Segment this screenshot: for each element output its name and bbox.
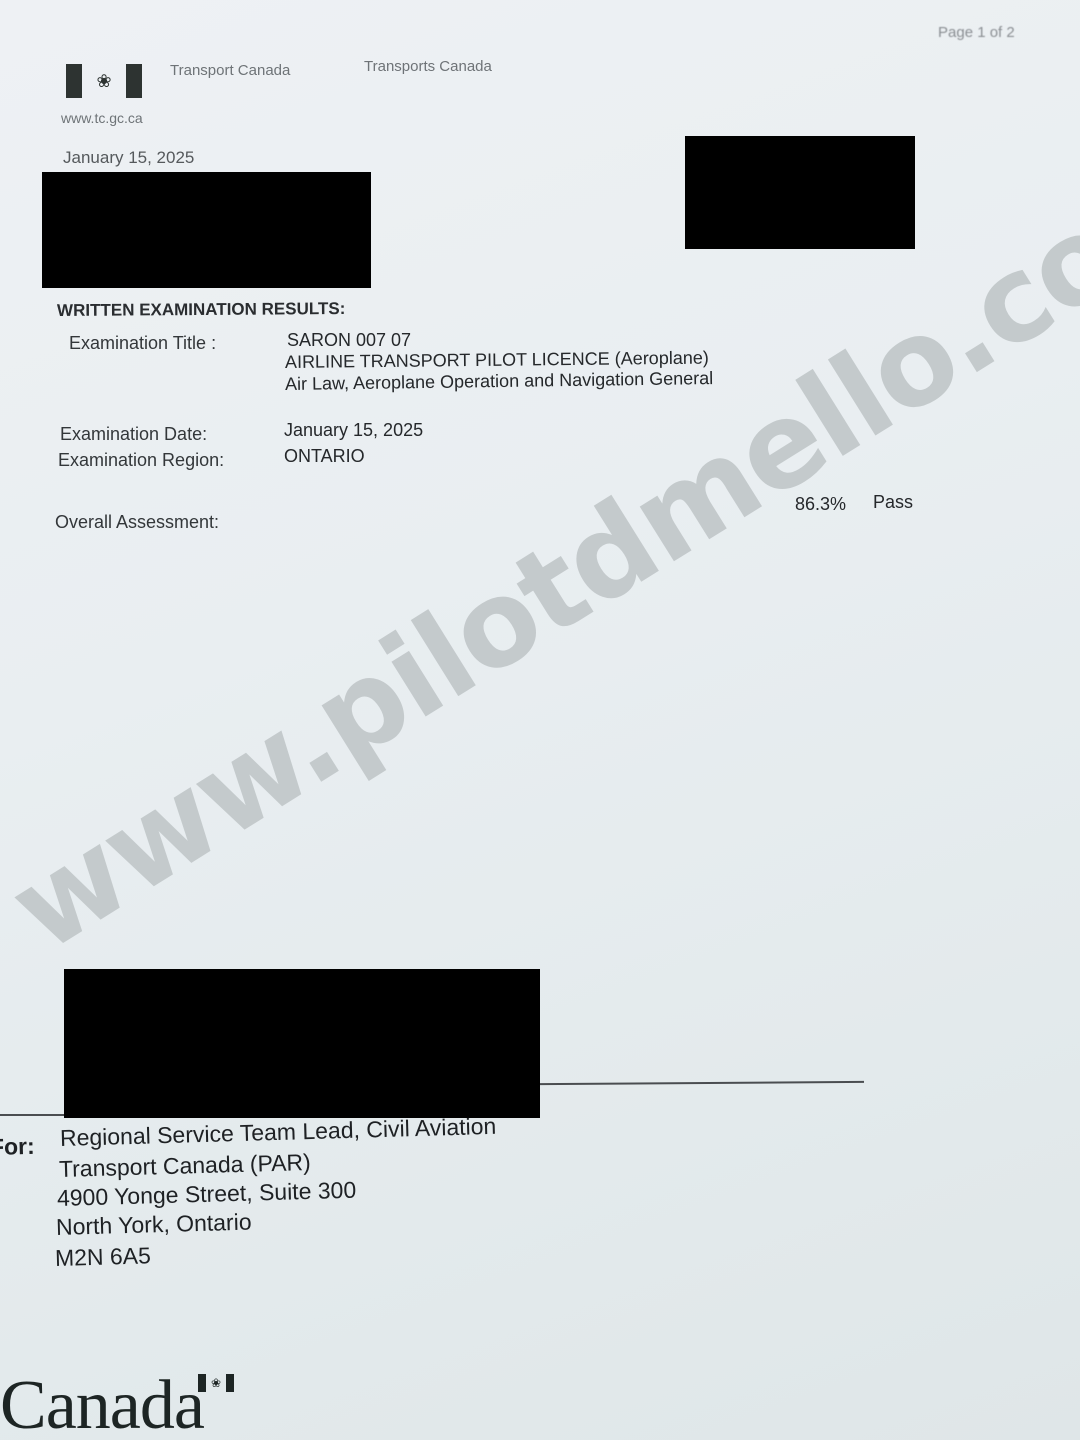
results-heading: WRITTEN EXAMINATION RESULTS: bbox=[57, 299, 345, 321]
exam-code: SARON 007 07 bbox=[287, 330, 411, 351]
pass-status: Pass bbox=[873, 492, 913, 513]
canada-flag-icon: ❀ bbox=[66, 64, 142, 98]
exam-title-label: Examination Title : bbox=[69, 333, 216, 354]
redacted-recipient bbox=[42, 172, 371, 288]
signature-line bbox=[540, 1081, 864, 1085]
signature-line-left bbox=[0, 1114, 64, 1116]
signatory-postal: M2N 6A5 bbox=[55, 1242, 152, 1272]
department-name-fr: Transports Canada bbox=[364, 58, 492, 75]
page-indicator: Page 1 of 2 bbox=[938, 24, 1015, 41]
exam-region-value: ONTARIO bbox=[284, 446, 365, 467]
signatory-title: Regional Service Team Lead, Civil Aviati… bbox=[60, 1113, 497, 1152]
website-link: www.tc.gc.ca bbox=[61, 110, 143, 126]
department-name-en: Transport Canada bbox=[170, 62, 290, 79]
exam-date-label: Examination Date: bbox=[60, 424, 207, 445]
signatory-city: North York, Ontario bbox=[56, 1209, 252, 1241]
signatory-street: 4900 Yonge Street, Suite 300 bbox=[57, 1177, 357, 1212]
canada-wordmark: Canada bbox=[0, 1366, 204, 1440]
letter-date: January 15, 2025 bbox=[63, 148, 194, 168]
redacted-signature bbox=[64, 969, 540, 1118]
for-label: For: bbox=[0, 1133, 35, 1161]
exam-region-label: Examination Region: bbox=[58, 450, 224, 471]
redacted-reference bbox=[685, 136, 915, 249]
overall-assessment-label: Overall Assessment: bbox=[55, 512, 219, 533]
signatory-office: Transport Canada (PAR) bbox=[59, 1149, 311, 1183]
canada-wordmark-flag-icon: ❀ bbox=[198, 1374, 236, 1392]
exam-date-value: January 15, 2025 bbox=[284, 420, 423, 441]
